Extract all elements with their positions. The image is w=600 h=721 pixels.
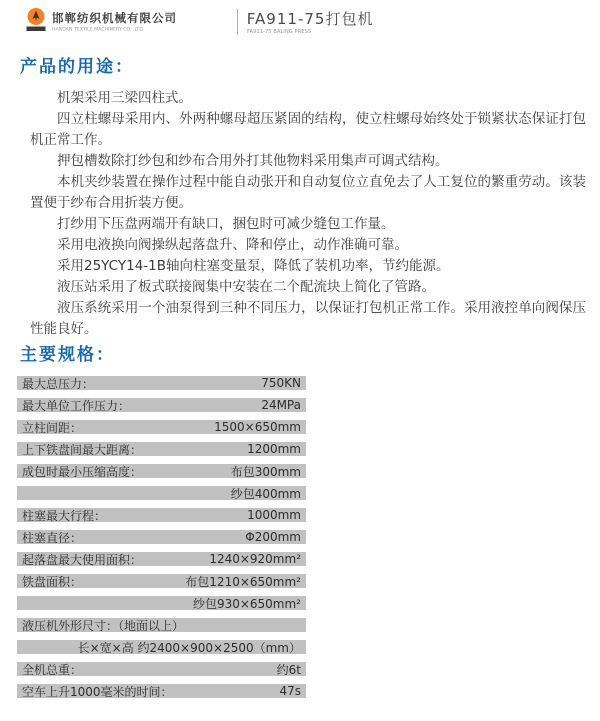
- spec-value: 长×宽×高 约2400×900×2500（mm）: [22, 639, 301, 656]
- usage-section-title: 产品的用途：: [20, 52, 134, 77]
- logo-bar: [27, 27, 46, 32]
- spec-label: 立柱间距：: [22, 419, 82, 436]
- header-divider: [237, 9, 238, 35]
- spec-value: 1000mm: [106, 508, 301, 522]
- spec-row: 起落盘最大使用面积：1240×920mm²: [17, 552, 306, 566]
- usage-paragraph: 打纱用下压盘两端开有缺口，捆包时可减少缝包工作量。: [30, 214, 586, 235]
- spec-value: Φ200mm: [82, 530, 301, 544]
- spec-row: 全机总重：约6t: [17, 662, 306, 676]
- spec-label: 液压机外形尺寸：（地面以上）: [22, 617, 184, 634]
- usage-paragraph: 采用25YCY14-1B轴向柱塞变量泵，降低了装机功率，节约能源。: [30, 256, 586, 277]
- spec-row: 成包时最小压缩高度：布包300mm: [17, 464, 306, 478]
- spec-value: 1200mm: [142, 442, 301, 456]
- spec-value: 1240×920mm²: [142, 552, 301, 566]
- spec-row: 最大单位工作压力：24MPa: [17, 398, 306, 412]
- spec-row: 空车上升1000毫米的时间：47s: [17, 684, 306, 698]
- spec-label: 铁盘面积：: [22, 573, 82, 590]
- spec-label: 上下铁盘间最大距离：: [22, 441, 142, 458]
- spec-row: 纱包400mm: [17, 486, 306, 500]
- spec-value: 1500×650mm: [82, 420, 301, 434]
- usage-paragraph: 液压系统采用一个油泵得到三种不同压力，以保证打包机正常工作。采用液控单向阀保压性…: [30, 298, 586, 340]
- spec-row: 液压机外形尺寸：（地面以上）: [17, 618, 306, 632]
- product-name-cn: FA911-75打包机: [247, 8, 374, 29]
- spec-value: 约6t: [82, 661, 301, 678]
- spec-label: 最大单位工作压力：: [22, 397, 130, 414]
- spec-table: 最大总压力：750KN最大单位工作压力：24MPa立柱间距：1500×650mm…: [17, 376, 306, 706]
- company-block: 邯郸纺织机械有限公司 HANDAN TEXTILE MACHINERY CO. …: [52, 7, 227, 37]
- company-logo-icon: [26, 7, 46, 33]
- spec-row: 纱包930×650mm²: [17, 596, 306, 610]
- company-name-en: HANDAN TEXTILE MACHINERY CO. ,LTD: [52, 27, 143, 32]
- spec-label: 空车上升1000毫米的时间：: [22, 683, 173, 700]
- spec-value: 24MPa: [130, 398, 301, 412]
- product-name-en: FA911-75 BALING PRESS: [247, 29, 320, 35]
- spec-value: 750KN: [94, 376, 301, 390]
- spec-label: 最大总压力：: [22, 375, 94, 392]
- usage-paragraph: 本机夹纱装置在操作过程中能自动张开和自动复位立直免去了人工复位的繁重劳动。该装置…: [30, 172, 586, 214]
- spec-row: 铁盘面积：布包1210×650mm²: [17, 574, 306, 588]
- spec-row: 长×宽×高 约2400×900×2500（mm）: [17, 640, 306, 654]
- spec-value: 纱包930×650mm²: [22, 595, 301, 612]
- spec-label: 起落盘最大使用面积：: [22, 551, 142, 568]
- page-header: 邯郸纺织机械有限公司 HANDAN TEXTILE MACHINERY CO. …: [26, 7, 373, 39]
- spec-row: 最大总压力：750KN: [17, 376, 306, 390]
- usage-paragraph: 押包槽数除打纱包和纱布合用外打其他物料采用集声可调式结构。: [30, 151, 586, 172]
- spec-value: 布包300mm: [142, 463, 301, 480]
- company-name-cn: 邯郸纺织机械有限公司: [52, 10, 227, 26]
- usage-paragraph: 液压站采用了板式联接阀集中安装在二个配流块上简化了管路。: [30, 277, 586, 298]
- spec-label: 柱塞直径：: [22, 529, 82, 546]
- spec-label: 全机总重：: [22, 661, 82, 678]
- usage-paragraph: 四立柱螺母采用内、外两种螺母超压紧固的结构，使立柱螺母始终处于锁紧状态保证打包机…: [30, 109, 586, 151]
- spec-label: 柱塞最大行程：: [22, 507, 106, 524]
- usage-paragraph: 采用电液换向阀操纵起落盘升、降和停止，动作准确可靠。: [30, 235, 586, 256]
- specs-section-title: 主要规格：: [20, 340, 115, 365]
- spec-value: 纱包400mm: [22, 485, 301, 502]
- spec-row: 上下铁盘间最大距离：1200mm: [17, 442, 306, 456]
- spec-value: 47s: [173, 684, 301, 698]
- spec-value: 布包1210×650mm²: [82, 573, 301, 590]
- spec-row: 立柱间距：1500×650mm: [17, 420, 306, 434]
- spec-row: 柱塞最大行程：1000mm: [17, 508, 306, 522]
- product-block: FA911-75打包机 FA911-75 BALING PRESS: [247, 7, 374, 39]
- spec-row: 柱塞直径：Φ200mm: [17, 530, 306, 544]
- usage-paragraphs: 机架采用三梁四柱式。四立柱螺母采用内、外两种螺母超压紧固的结构，使立柱螺母始终处…: [30, 88, 586, 340]
- usage-paragraph: 机架采用三梁四柱式。: [30, 88, 586, 109]
- spec-label: 成包时最小压缩高度：: [22, 463, 142, 480]
